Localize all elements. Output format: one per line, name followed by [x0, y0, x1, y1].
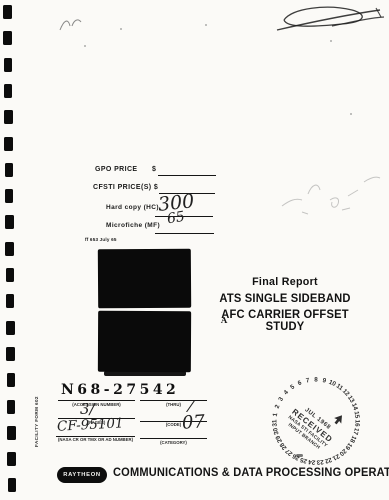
binding-hole: [7, 452, 16, 466]
report-title-line1: ATS SINGLE SIDEBAND: [218, 293, 352, 305]
category-handwritten-value: 07: [181, 411, 205, 434]
gpo-price-line: [158, 175, 216, 176]
stamp-dial-number: 14: [350, 402, 359, 411]
cr-number-label: (NASA CR OR TMX OR AD NUMBER): [53, 437, 138, 442]
handwritten-pencil-notes: [272, 168, 387, 218]
microfiche-line: [155, 233, 214, 234]
stamp-dial-number: 25: [299, 456, 308, 465]
pages-handwritten-value: 3/: [80, 400, 95, 418]
binding-hole: [5, 189, 14, 203]
footer-division-title: COMMUNICATIONS & DATA PROCESSING OPERATI…: [113, 467, 389, 479]
report-title-block: Final Report ATS SINGLE SIDEBAND AFC CAR…: [218, 276, 352, 333]
binding-hole: [6, 321, 15, 335]
binding-hole: [5, 163, 14, 177]
stamp-dial-number: 23: [316, 458, 324, 466]
hard-copy-label: Hard copy (HC): [106, 204, 159, 211]
raytheon-logo: RAYTHEON: [57, 467, 107, 483]
scan-speck: [205, 24, 207, 26]
handwritten-scribble-crossed-out: [272, 2, 387, 36]
received-date-stamp: 1234567891011121314151617181920212223242…: [268, 373, 364, 469]
binding-hole: [7, 373, 16, 387]
report-type: Final Report: [218, 276, 352, 288]
scanned-report-cover: GPO PRICE $ CFSTI PRICE(S) $ Hard copy (…: [0, 0, 389, 500]
binding-hole: [6, 294, 15, 308]
binding-hole: [7, 400, 16, 414]
gpo-price-label: GPO PRICE: [95, 166, 138, 173]
thru-label: (THRU): [140, 402, 207, 407]
form-id-note: ff 653 July 65: [85, 237, 117, 242]
microfiche-handwritten-value: 65: [166, 209, 186, 228]
binding-hole: [5, 242, 14, 256]
binding-hole: [4, 58, 13, 72]
stamp-dial-number: 8: [314, 377, 318, 384]
cr-number-handwritten-value: CF-95101: [57, 415, 124, 434]
stamp-dial-number: 3: [277, 396, 285, 403]
microfiche-label: Microfiche (MF): [106, 222, 160, 229]
handwritten-scribble-top-left: [56, 14, 86, 34]
category-label: (CATEGORY): [140, 440, 207, 445]
report-title-line2: AFC CARRIER OFFSET STUDY: [218, 309, 352, 333]
binding-hole: [5, 215, 14, 229]
facility-form-vertical-label: FACILITY FORM 602: [34, 396, 39, 447]
accession-number-label: (ACCESSION NUMBER): [58, 402, 135, 407]
scan-speck: [350, 113, 352, 115]
binding-hole: [3, 31, 12, 45]
gpo-dollar-sign: $: [152, 166, 156, 173]
scan-speck: [120, 28, 122, 30]
redacted-smudge: [104, 371, 186, 376]
binding-hole: [4, 110, 13, 124]
scan-speck: [84, 45, 86, 47]
binding-hole: [6, 347, 15, 361]
redacted-block-top: [98, 249, 191, 309]
stamp-dial-number: 24: [308, 458, 316, 466]
raytheon-logo-text: RAYTHEON: [63, 472, 101, 478]
stamp-date-arrow-icon: [331, 412, 347, 428]
binding-hole: [3, 5, 12, 19]
scan-speck: [330, 40, 332, 42]
stamp-dial-number: 4: [283, 389, 290, 396]
redacted-block-bottom: [98, 311, 191, 372]
binding-hole: [6, 268, 15, 282]
scan-speck: [296, 454, 303, 457]
accession-number: N68-27542: [61, 382, 179, 398]
stamp-dial-number: 15: [353, 411, 361, 419]
binding-hole: [4, 137, 13, 151]
binding-hole: [8, 478, 17, 492]
stamp-dial-number: 9: [322, 377, 327, 385]
cfsti-price-label: CFSTI PRICE(S) $: [93, 184, 158, 191]
binding-hole: [7, 426, 16, 440]
binding-hole: [4, 84, 13, 98]
